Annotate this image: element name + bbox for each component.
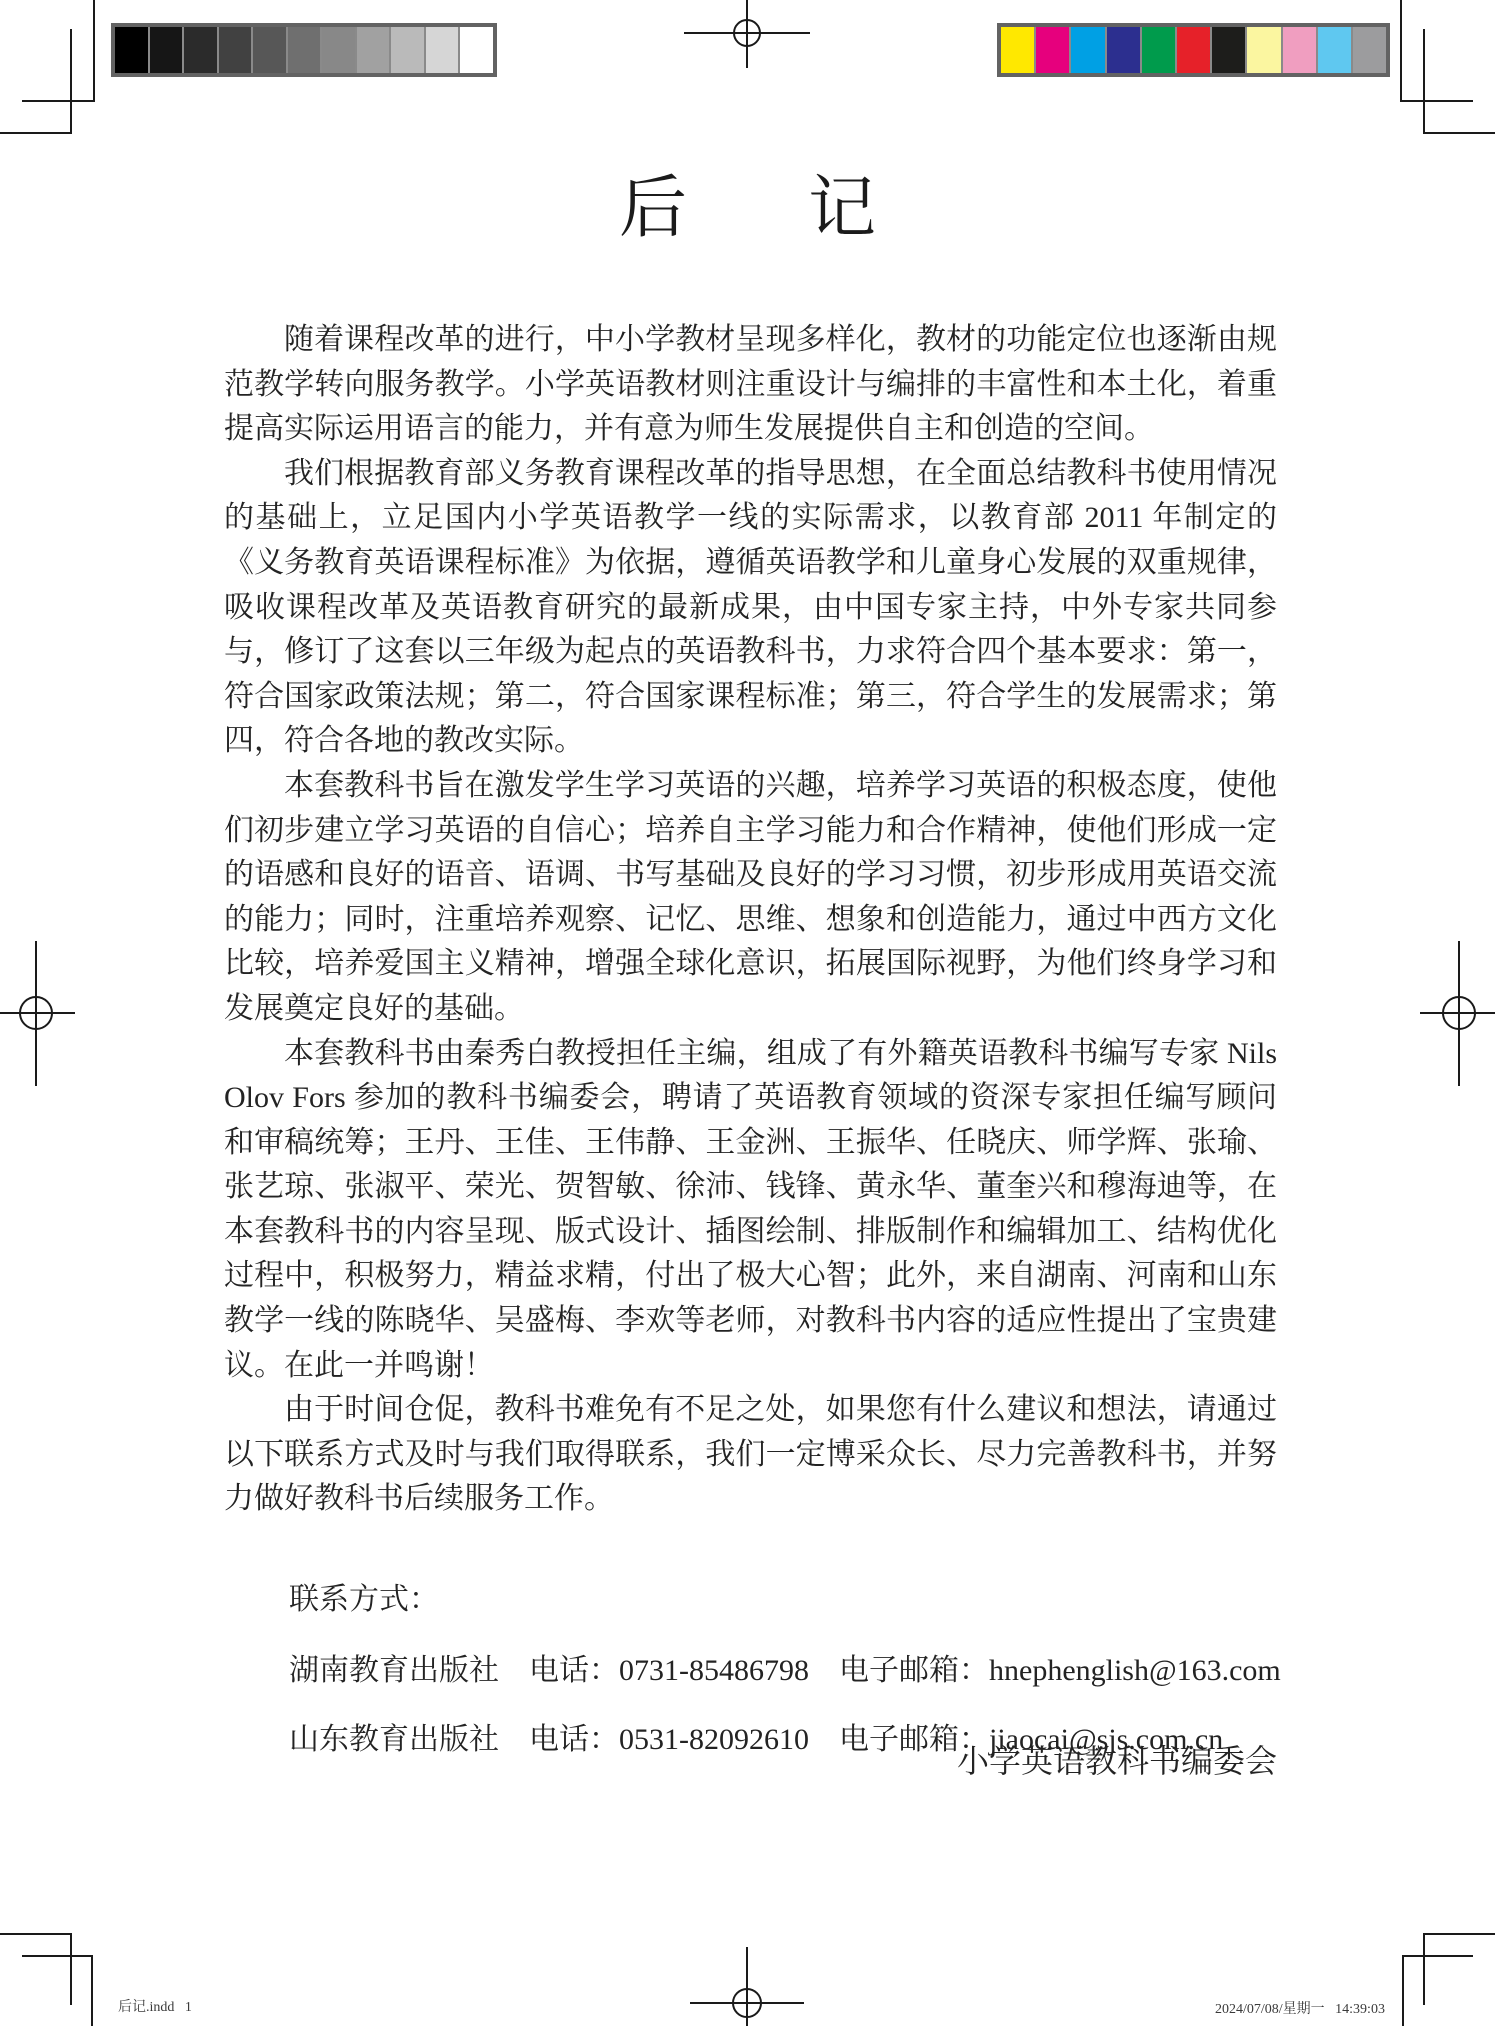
title-char: 后 [619, 168, 687, 248]
paragraph: 本套教科书由秦秀白教授担任主编，组成了有外籍英语教科书编写专家 Nils Olo… [224, 1032, 1277, 1389]
contact-heading: 联系方式： [289, 1574, 1281, 1618]
color-swatch [1247, 27, 1280, 73]
color-calibration-bar [997, 23, 1390, 77]
color-swatch [1177, 27, 1210, 73]
color-swatch [1142, 27, 1175, 73]
grayscale-calibration-bar [111, 23, 497, 77]
color-swatch [1283, 27, 1316, 73]
grayscale-swatch [357, 27, 390, 73]
footer-filename: 后记.indd 1 [118, 1996, 192, 2016]
grayscale-swatch [150, 27, 183, 73]
color-swatch [1036, 27, 1069, 73]
grayscale-swatch [288, 27, 321, 73]
grayscale-swatch [391, 27, 424, 73]
editorial-committee-signature: 小学英语教科书编委会 [224, 1736, 1277, 1782]
color-swatch [1353, 27, 1386, 73]
color-swatch [1001, 27, 1034, 73]
color-swatch [1107, 27, 1140, 73]
title-char: 记 [808, 168, 876, 248]
email-label: 电子邮箱： [839, 1645, 989, 1689]
color-swatch [1071, 27, 1104, 73]
color-swatch [1212, 27, 1245, 73]
grayscale-swatch [426, 27, 459, 73]
page-title: 后 记 [0, 168, 1495, 248]
paragraph: 本套教科书旨在激发学生学习英语的兴趣，培养学习英语的积极态度，使他们初步建立学习… [224, 764, 1277, 1032]
grayscale-swatch [115, 27, 148, 73]
color-swatch [1318, 27, 1351, 73]
paragraph: 随着课程改革的进行，中小学教材呈现多样化，教材的功能定位也逐渐由规范教学转向服务… [224, 318, 1277, 452]
contact-row-hunan: 湖南教育出版社 电话： 0731-85486798 电子邮箱： hnepheng… [289, 1645, 1281, 1689]
phone-number: 0731-85486798 [619, 1654, 809, 1688]
phone-label: 电话： [529, 1645, 619, 1689]
email-address: hnephenglish@163.com [989, 1654, 1281, 1688]
paragraph: 我们根据教育部义务教育课程改革的指导思想，在全面总结教科书使用情况的基础上，立足… [224, 452, 1277, 764]
grayscale-swatch [184, 27, 217, 73]
grayscale-swatch [322, 27, 355, 73]
grayscale-swatch [219, 27, 252, 73]
paragraph: 由于时间仓促，教科书难免有不足之处，如果您有什么建议和想法，请通过以下联系方式及… [224, 1388, 1277, 1522]
afterword-body: 随着课程改革的进行，中小学教材呈现多样化，教材的功能定位也逐渐由规范教学转向服务… [224, 318, 1277, 1522]
publisher-name: 湖南教育出版社 [289, 1645, 499, 1689]
footer-timestamp: 2024/07/08/星期一 14:39:03 [1215, 1998, 1385, 2018]
grayscale-swatch [460, 27, 493, 73]
grayscale-swatch [253, 27, 286, 73]
